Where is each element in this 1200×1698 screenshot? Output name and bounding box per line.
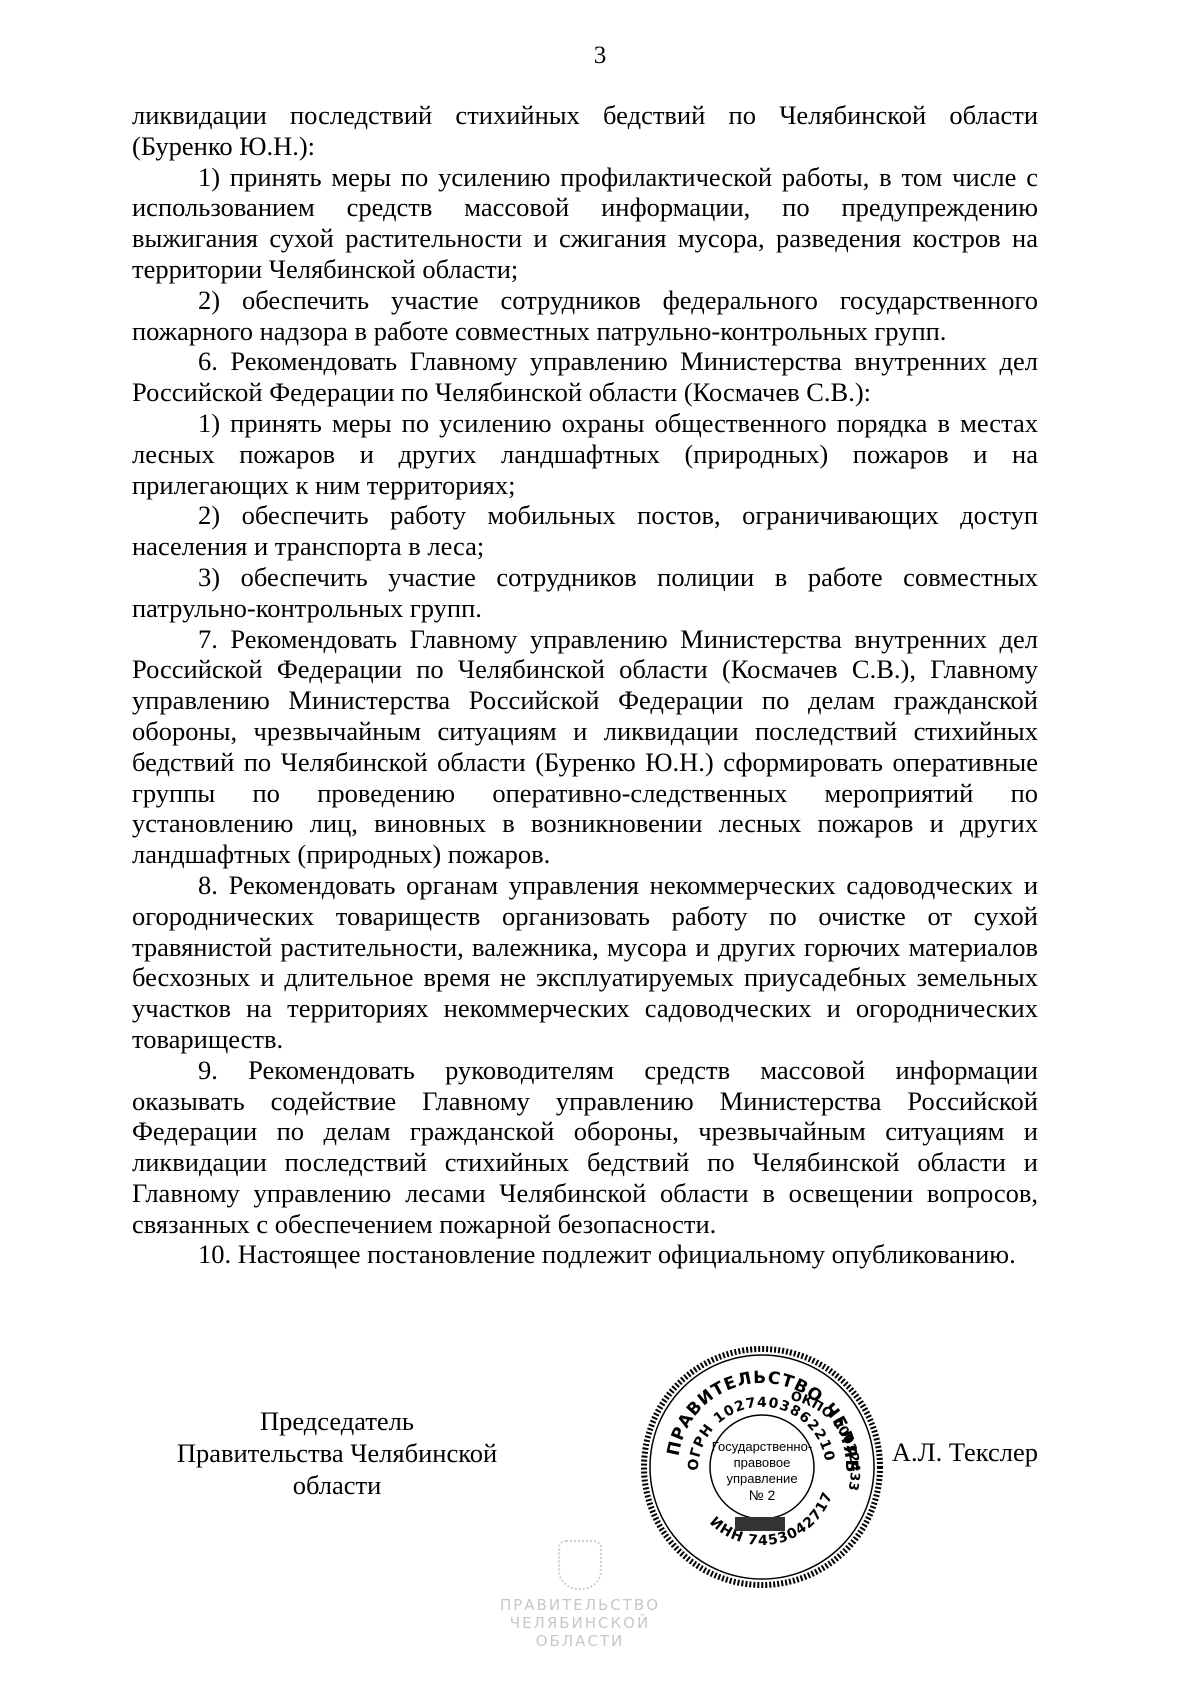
coat-of-arms-icon — [558, 1540, 602, 1590]
seal-center-line1: Государственно- — [712, 1439, 812, 1454]
paragraph-5-item-1: 1) принять меры по усилению профилактиче… — [132, 162, 1038, 285]
watermark-line2: ЧЕЛЯБИНСКОЙ ОБЛАСТИ — [470, 1614, 690, 1650]
paragraph-5-item-2: 2) обеспечить участие сотрудников федера… — [132, 285, 1038, 347]
signatory-title-line1: Председатель — [132, 1405, 542, 1437]
paragraph-8: 8. Рекомендовать органам управления неко… — [132, 870, 1038, 1055]
watermark: ПРАВИТЕЛЬСТВО ЧЕЛЯБИНСКОЙ ОБЛАСТИ — [470, 1540, 690, 1650]
document-body: ликвидации последствий стихийных бедстви… — [132, 100, 1038, 1270]
paragraph-6-item-1: 1) принять меры по усилению охраны общес… — [132, 408, 1038, 500]
signatory-title: Председатель Правительства Челябинской о… — [132, 1405, 542, 1501]
watermark-line1: ПРАВИТЕЛЬСТВО — [470, 1596, 690, 1614]
signatory-name: А.Л. Текслер — [892, 1437, 1038, 1468]
page-number: 3 — [0, 42, 1200, 70]
paragraph-continuation: ликвидации последствий стихийных бедстви… — [132, 100, 1038, 162]
paragraph-7: 7. Рекомендовать Главному управлению Мин… — [132, 624, 1038, 870]
paragraph-10: 10. Настоящее постановление подлежит офи… — [132, 1239, 1038, 1270]
seal-center-line4: № 2 — [749, 1487, 776, 1503]
paragraph-6: 6. Рекомендовать Главному управлению Мин… — [132, 346, 1038, 408]
signatory-title-line2: Правительства Челябинской области — [132, 1437, 542, 1501]
paragraph-9: 9. Рекомендовать руководителям средств м… — [132, 1055, 1038, 1240]
seal-center-line2: правовое — [734, 1455, 791, 1470]
paragraph-6-item-2: 2) обеспечить работу мобильных постов, о… — [132, 500, 1038, 562]
signature-block: Председатель Правительства Челябинской о… — [132, 1405, 1038, 1495]
seal-center-line3: управление — [726, 1471, 797, 1486]
paragraph-6-item-3: 3) обеспечить участие сотрудников полици… — [132, 562, 1038, 624]
